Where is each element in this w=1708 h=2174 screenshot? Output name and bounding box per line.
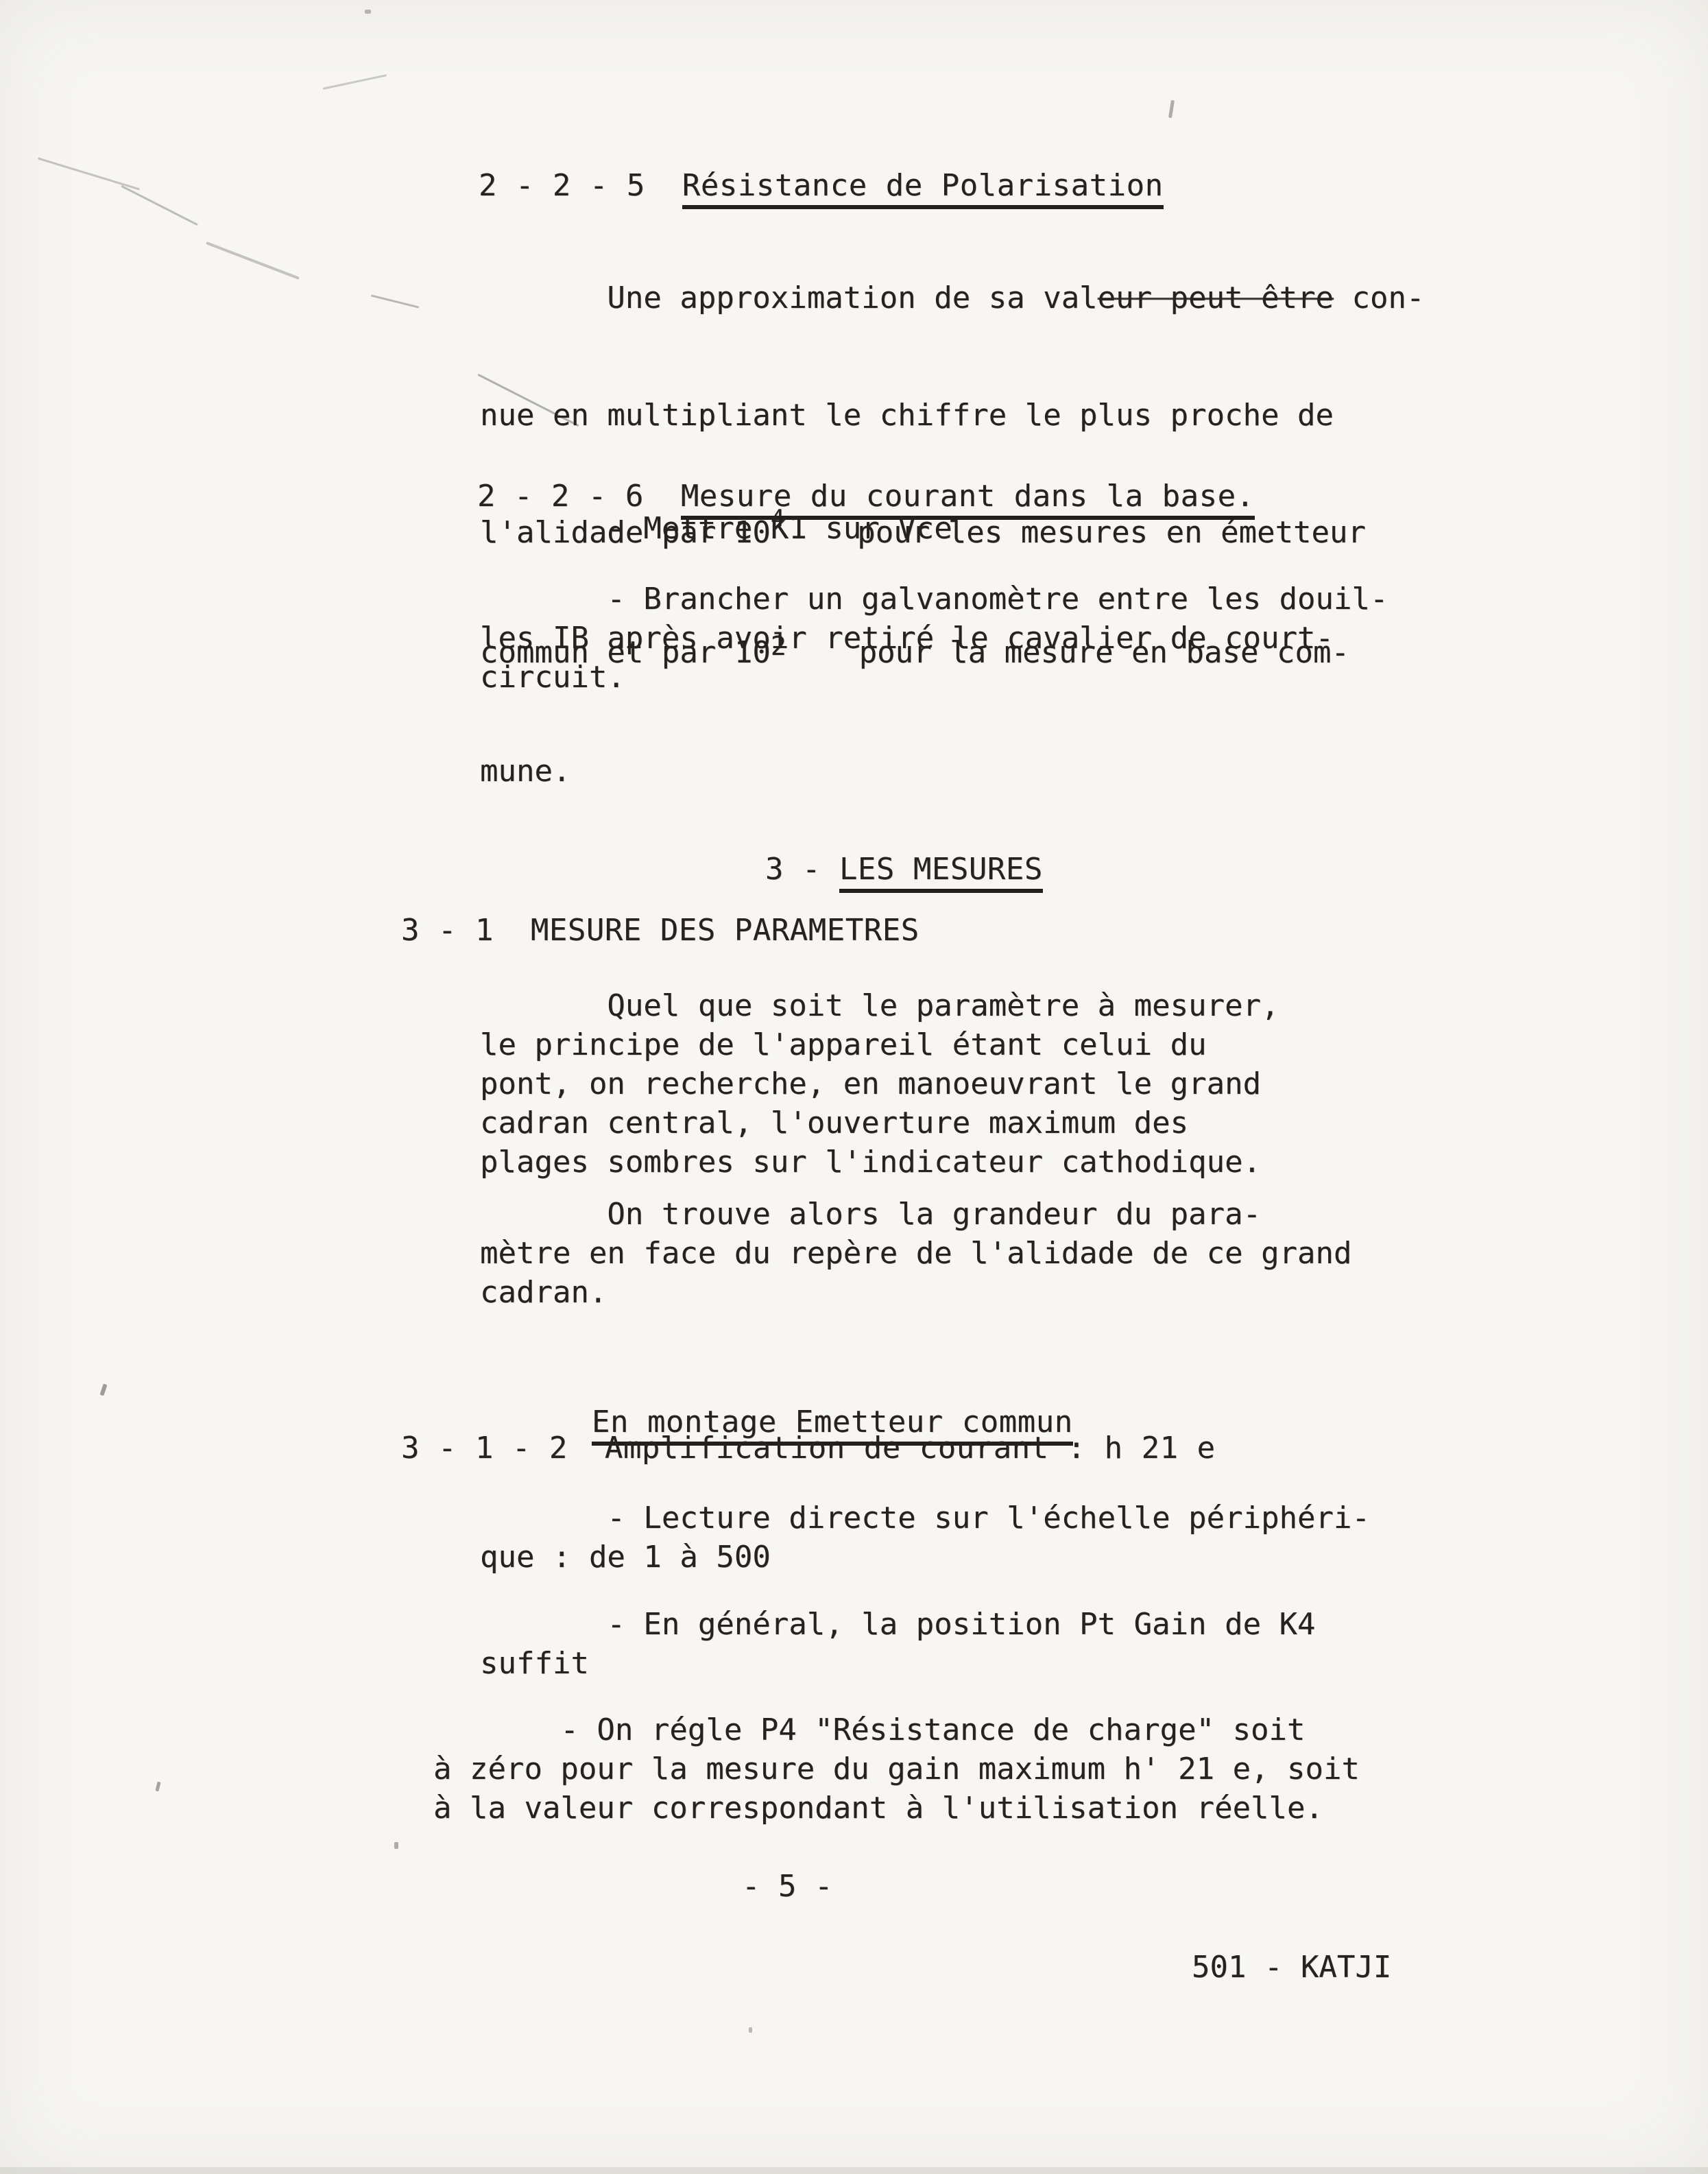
scan-artifact: [749, 2027, 752, 2033]
scan-artifact: [38, 157, 140, 190]
scan-edge-shadow: [0, 2167, 1708, 2174]
scan-artifact: [394, 1842, 398, 1849]
scan-artifact: [365, 10, 371, 14]
paragraph-grandeur-parametre: On trouve alors la grandeur du para- mèt…: [480, 1195, 1352, 1312]
scanned-document-page: 2 - 2 - 5 Résistance de Polarisation Une…: [0, 0, 1708, 2174]
document-reference: 501 - KATJI: [1192, 1948, 1391, 1987]
section-number: 2 - 2 - 5: [479, 168, 682, 203]
scan-artifact: [121, 185, 198, 226]
scan-artifact: [100, 1383, 108, 1396]
scan-artifact: [155, 1782, 160, 1792]
paragraph-brancher-galvanometre: - Brancher un galvanomètre entre les dou…: [480, 580, 1388, 697]
text-line: mune.: [480, 752, 1425, 791]
section-heading-3-1-2: 3 - 1 - 2 Amplification de courant : h 2…: [401, 1429, 1216, 1468]
paragraph-principe-pont: Quel que soit le paramètre à mesurer, le…: [480, 986, 1279, 1182]
chapter-number: 3 -: [765, 852, 839, 887]
text-line: nue en multipliant le chiffre le plus pr…: [480, 396, 1425, 435]
scan-artifact: [323, 74, 387, 90]
text-line: Une approximation de sa valeur peut être…: [480, 278, 1425, 318]
paragraph-mettre-k1: - Mettre K1 sur Vce: [480, 509, 952, 548]
chapter-title: LES MESURES: [839, 852, 1043, 893]
paragraph-regle-p4: - On régle P4 "Résistance de charge" soi…: [433, 1710, 1360, 1828]
paragraph-lecture-directe: - Lecture directe sur l'échelle périphér…: [480, 1498, 1370, 1577]
scan-artifact: [206, 241, 300, 280]
paragraph-position-pt-gain: - En général, la position Pt Gain de K4 …: [480, 1605, 1316, 1683]
page-number: - 5 -: [742, 1867, 832, 1906]
scan-artifact: [1168, 100, 1175, 118]
struck-text: eur peut être: [1098, 280, 1334, 315]
section-heading-3-1: 3 - 1 MESURE DES PARAMETRES: [401, 911, 919, 950]
scan-artifact: [371, 294, 420, 308]
